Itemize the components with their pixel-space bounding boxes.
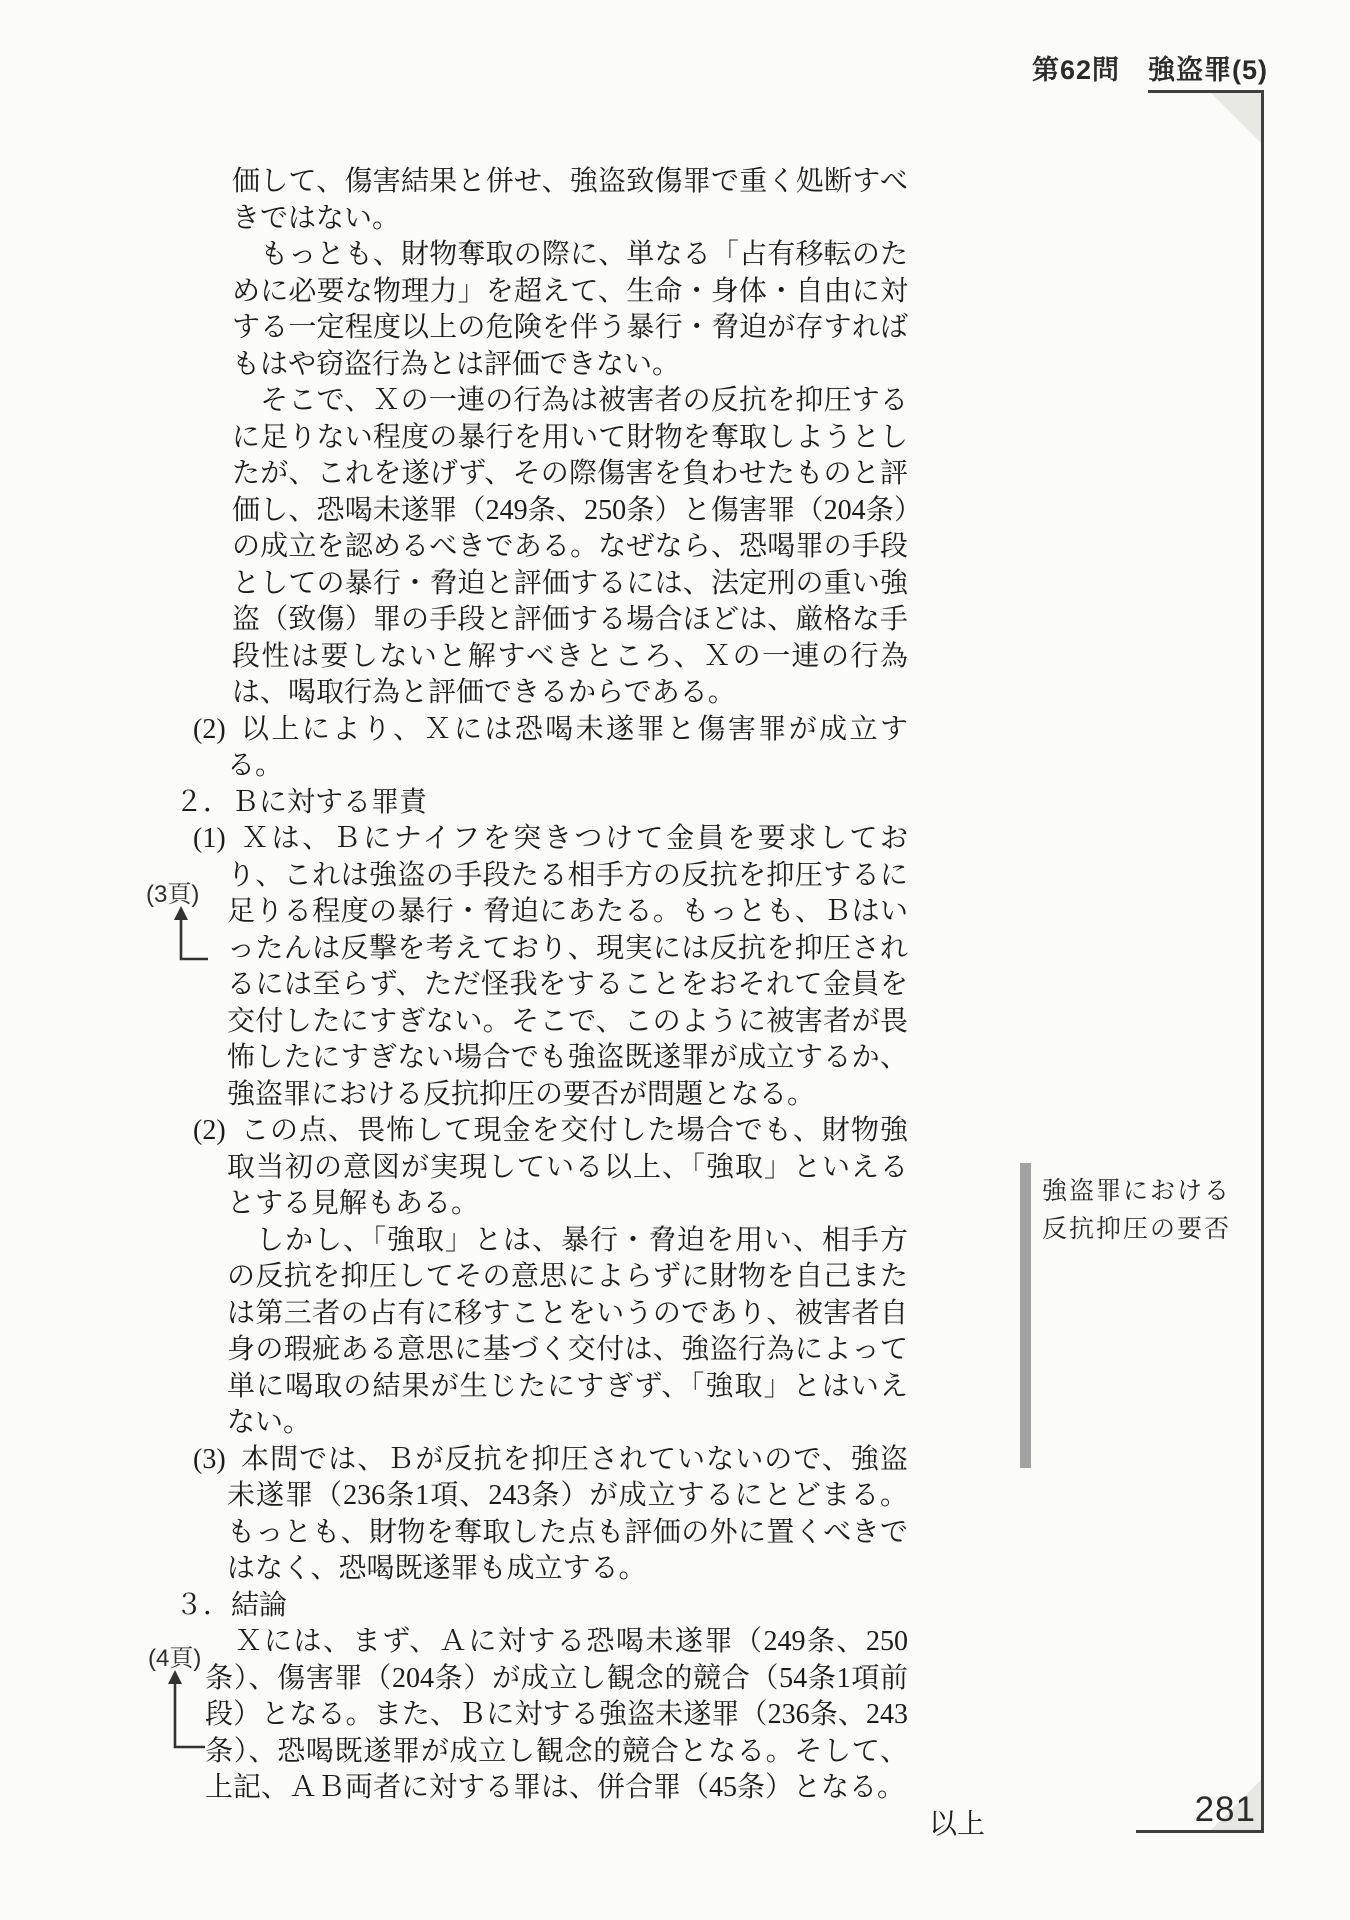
- list-item: (2) この点、畏怖して現金を交付した場合でも、財物強取当初の意図が実現している…: [193, 1113, 908, 1223]
- closing-mark: 以上: [175, 1807, 985, 1844]
- list-item: (2) 以上により、Ｘには恐喝未遂罪と傷害罪が成立する。: [193, 712, 908, 785]
- item-marker: (2): [193, 1113, 226, 1150]
- page-break-arrow-icon: [162, 1670, 210, 1754]
- section-heading: ３．結論: [175, 1588, 908, 1625]
- paragraph: もっとも、財物奪取の際に、単なる「占有移転のために必要な物理力」を超えて、生命・…: [232, 237, 908, 383]
- item-text: Ｘは、Ｂにナイフを突きつけて金員を要求しており、これは強盗の手段たる相手方の反抗…: [227, 823, 908, 1110]
- paragraph: 価して、傷害結果と併せ、強盗致傷罪で重く処断すべきではない。: [232, 164, 908, 237]
- side-note-bar: [1020, 1163, 1031, 1468]
- page-header-title: 第62問 強盗罪(5): [1032, 48, 1268, 87]
- main-text-column: 価して、傷害結果と併せ、強盗致傷罪で重く処断すべきではない。 もっとも、財物奪取…: [175, 150, 908, 1843]
- corner-triangle-top: [1211, 93, 1261, 143]
- item-marker: (2): [193, 712, 226, 749]
- right-border-rule: [1261, 90, 1264, 1833]
- paragraph: そこで、Ｘの一連の行為は被害者の反抗を抑圧するに足りない程度の暴行を用いて財物を…: [232, 383, 908, 712]
- section-heading: ２．Ｂに対する罪責: [175, 785, 908, 822]
- page-break-marker-4: (4頁): [148, 1638, 201, 1673]
- paragraph: Ｘには、まず、Ａに対する恐喝未遂罪（249条、250条）、傷害罪（204条）が成…: [205, 1624, 908, 1807]
- page-break-marker-3: (3頁): [146, 874, 199, 909]
- side-note-line: 反抗抑圧の要否: [1042, 1210, 1262, 1248]
- list-item: (3) 本問では、Ｂが反抗を抑圧されていないので、強盗未遂罪（236条1項、24…: [193, 1442, 908, 1588]
- side-note-line: 強盗罪における: [1042, 1172, 1262, 1210]
- side-note: 強盗罪における 反抗抑圧の要否: [1042, 1172, 1262, 1248]
- list-item: (1) Ｘは、Ｂにナイフを突きつけて金員を要求しており、これは強盗の手段たる相手…: [193, 821, 908, 1113]
- item-text: 本問では、Ｂが反抗を抑圧されていないので、強盗未遂罪（236条1項、243条）が…: [227, 1444, 908, 1585]
- paragraph: しかし、「強取」とは、暴行・脅迫を用い、相手方の反抗を抑圧してその意思によらずに…: [227, 1223, 908, 1442]
- page-number: 281: [1140, 1790, 1256, 1830]
- page-break-arrow-icon: [168, 906, 214, 966]
- item-text: この点、畏怖して現金を交付した場合でも、財物強取当初の意図が実現している以上、「…: [227, 1115, 908, 1219]
- bottom-border-rule: [1136, 1830, 1264, 1833]
- item-marker: (3): [193, 1442, 226, 1479]
- item-text: 以上により、Ｘには恐喝未遂罪と傷害罪が成立する。: [227, 714, 908, 782]
- item-marker: (1): [193, 821, 226, 858]
